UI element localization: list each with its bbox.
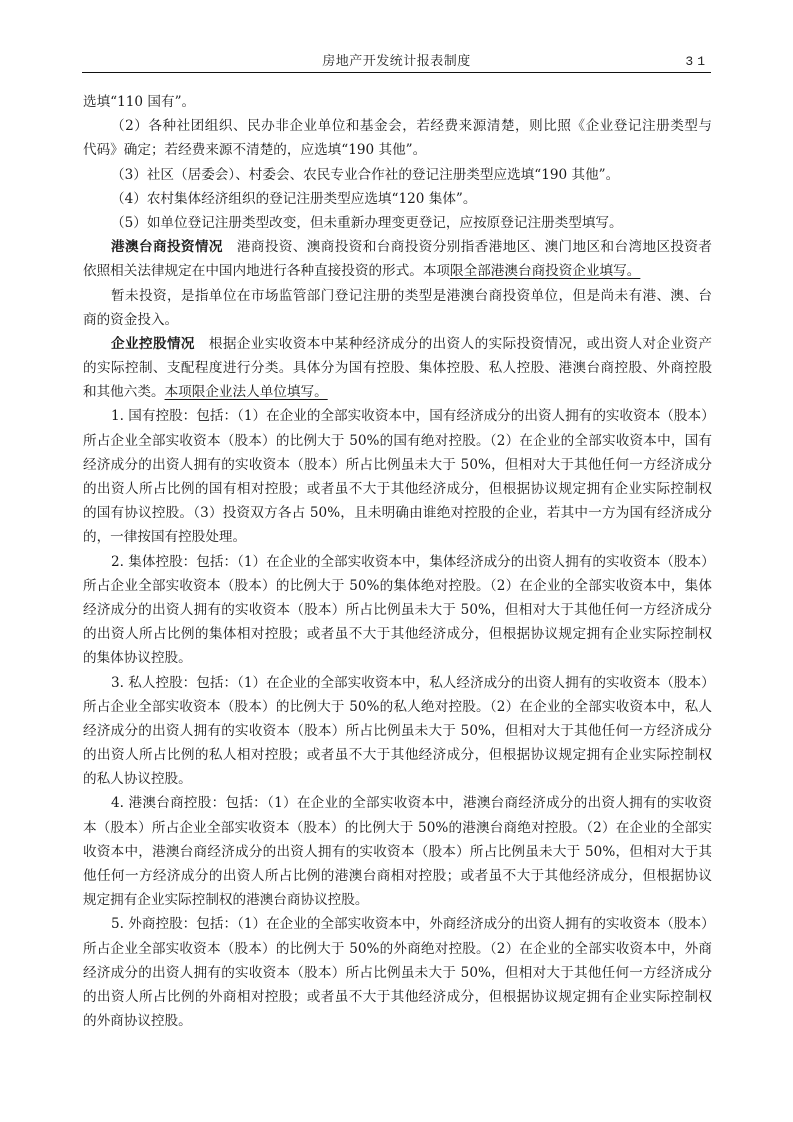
section-hmt-investment: 港澳台商投资情况 港商投资、澳商投资和台商投资分别指香港地区、澳门地区和台湾地区… <box>83 235 712 259</box>
paragraph-text: 依照相关法律规定在中国内地进行各种直接投资的形式。本项 <box>83 263 450 279</box>
paragraph-line: （2）各种社团组织、民办非企业单位和基金会，若经费来源清楚，则比照《企业登记注册… <box>83 114 712 138</box>
paragraph-line: 2. 集体控股：包括：（1）在企业的全部实收资本中，集体经济成分的出资人拥有的实… <box>83 550 712 574</box>
paragraph-line: 的集体协议控股。 <box>83 646 712 670</box>
paragraph-line: （3）社区（居委会）、村委会、农民专业合作社的登记注册类型应选填“190 其他”… <box>83 163 712 187</box>
paragraph-line: 的出资人所占比例的集体相对控股；或者虽不大于其他经济成分，但根据协议规定拥有企业… <box>83 622 712 646</box>
paragraph-line: 3. 私人控股：包括：（1）在企业的全部实收资本中，私人经济成分的出资人拥有的实… <box>83 671 712 695</box>
paragraph-text: 根据企业实收资本中某种经济成分的出资人的实际投资情况，或出资人对企业资产 <box>195 336 712 352</box>
paragraph-line: 的外商协议控股。 <box>83 1009 712 1033</box>
paragraph-line: 的出资人所占比例的私人相对控股；或者虽不大于其他经济成分，但根据协议规定拥有企业… <box>83 743 712 767</box>
paragraph-text: 和其他六类。 <box>83 384 165 400</box>
paragraph-line: 5. 外商控股：包括：（1）在企业的全部实收资本中，外商经济成分的出资人拥有的实… <box>83 912 712 936</box>
paragraph-line: 暂未投资，是指单位在市场监管部门登记注册的类型是港澳台商投资单位，但是尚未有港、… <box>83 284 712 308</box>
paragraph-text: 港商投资、澳商投资和台商投资分别指香港地区、澳门地区和台湾地区投资者 <box>223 239 712 255</box>
section-enterprise-holding: 企业控股情况 根据企业实收资本中某种经济成分的出资人的实际投资情况，或出资人对企… <box>83 332 712 356</box>
paragraph-line: 经济成分的出资人拥有的实收资本（股本）所占比例虽未大于 50%，但相对大于其他任… <box>83 598 712 622</box>
document-body: 选填“110 国有”。 （2）各种社团组织、民办非企业单位和基金会，若经费来源清… <box>83 90 712 1033</box>
paragraph-line: 的出资人所占比例的外商相对控股；或者虽不大于其他经济成分，但根据协议规定拥有企业… <box>83 985 712 1009</box>
page-number: 31 <box>685 52 709 72</box>
paragraph-line: 所占企业全部实收资本（股本）的比例大于 50%的集体绝对控股。（2）在企业的全部… <box>83 574 712 598</box>
header-divider <box>82 72 711 73</box>
paragraph-line: 所占企业全部实收资本（股本）的比例大于 50%的外商绝对控股。（2）在企业的全部… <box>83 937 712 961</box>
paragraph-line: 经济成分的出资人拥有的实收资本（股本）所占比例虽未大于 50%，但相对大于其他任… <box>83 961 712 985</box>
paragraph-line: 的国有协议控股。（3）投资双方各占 50%，且未明确由谁绝对控股的企业，若其中一… <box>83 501 712 525</box>
section-heading: 企业控股情况 <box>111 336 195 352</box>
paragraph-line: 代码》确定；若经费来源不清楚的，应选填“190 其他”。 <box>83 138 712 162</box>
page-header: 房地产开发统计报表制度 31 <box>82 52 711 72</box>
paragraph-line: 他任何一方经济成分的出资人所占比例的港澳台商相对控股；或者虽不大于其他经济成分，… <box>83 864 712 888</box>
underlined-note: 本项限企业法人单位填写。 <box>165 384 328 400</box>
paragraph-line: 依照相关法律规定在中国内地进行各种直接投资的形式。本项限全部港澳台商投资企业填写… <box>83 259 712 283</box>
section-heading: 港澳台商投资情况 <box>111 239 223 255</box>
paragraph-line: 的，一律按国有控股处理。 <box>83 525 712 549</box>
paragraph-line: （5）如单位登记注册类型改变，但未重新办理变更登记，应按原登记注册类型填写。 <box>83 211 712 235</box>
paragraph-line: 规定拥有企业实际控制权的港澳台商协议控股。 <box>83 888 712 912</box>
underlined-note: 限全部港澳台商投资企业填写。 <box>450 263 640 279</box>
paragraph-line: 的实际控制、支配程度进行分类。具体分为国有控股、集体控股、私人控股、港澳台商控股… <box>83 356 712 380</box>
paragraph-line: 所占企业全部实收资本（股本）的比例大于 50%的国有绝对控股。（2）在企业的全部… <box>83 429 712 453</box>
paragraph-line: 经济成分的出资人拥有的实收资本（股本）所占比例虽未大于 50%，但相对大于其他任… <box>83 719 712 743</box>
paragraph-line: 的出资人所占比例的国有相对控股；或者虽不大于其他经济成分，但根据协议规定拥有企业… <box>83 477 712 501</box>
paragraph-line: （4）农村集体经济组织的登记注册类型应选填“120 集体”。 <box>83 187 712 211</box>
header-title: 房地产开发统计报表制度 <box>82 52 711 72</box>
paragraph-line: 所占企业全部实收资本（股本）的比例大于 50%的私人绝对控股。（2）在企业的全部… <box>83 695 712 719</box>
paragraph-line: 和其他六类。本项限企业法人单位填写。 <box>83 380 712 404</box>
paragraph-line: 1. 国有控股：包括：（1）在企业的全部实收资本中，国有经济成分的出资人拥有的实… <box>83 404 712 428</box>
paragraph-line: 选填“110 国有”。 <box>83 90 712 114</box>
paragraph-line: 本（股本）所占企业全部实收资本（股本）的比例大于 50%的港澳台商绝对控股。（2… <box>83 816 712 840</box>
paragraph-line: 的私人协议控股。 <box>83 767 712 791</box>
paragraph-line: 商的资金投入。 <box>83 308 712 332</box>
paragraph-line: 4. 港澳台商控股：包括：（1）在企业的全部实收资本中，港澳台商经济成分的出资人… <box>83 791 712 815</box>
paragraph-line: 收资本中，港澳台商经济成分的出资人拥有的实收资本（股本）所占比例虽未大于 50%… <box>83 840 712 864</box>
paragraph-line: 经济成分的出资人拥有的实收资本（股本）所占比例虽未大于 50%，但相对大于其他任… <box>83 453 712 477</box>
